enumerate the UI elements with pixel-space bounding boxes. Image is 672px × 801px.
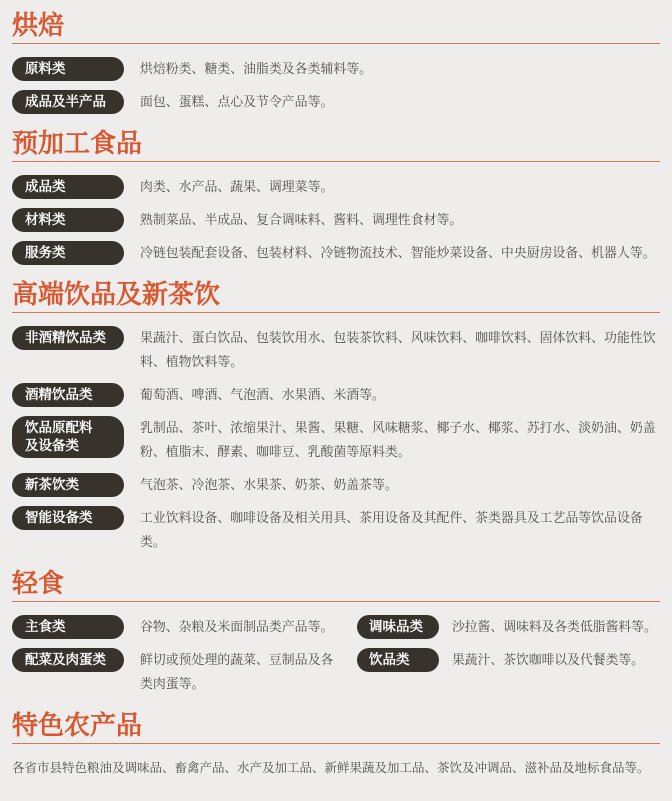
category-items-text: 谷物、杂粮及米面制品类产品等。 <box>140 615 336 639</box>
category-row: 饮品原配料 及设备类 乳制品、茶叶、浓缩果汁、果酱、果糖、风味糖浆、椰子水、椰浆… <box>12 416 660 464</box>
category-row: 调味品类 沙拉酱、调味料及各类低脂酱料等。 <box>357 615 660 639</box>
category-row: 材料类 熟制菜品、半成品、复合调味料、酱料、调理性食材等。 <box>12 208 660 232</box>
category-items-text: 烘焙粉类、糖类、油脂类及各类辅料等。 <box>140 57 660 81</box>
category-items-text: 熟制菜品、半成品、复合调味料、酱料、调理性食材等。 <box>140 208 660 232</box>
category-badge: 主食类 <box>12 615 124 639</box>
category-badge: 原料类 <box>12 57 124 81</box>
section-title-light-food: 轻食 <box>12 568 660 598</box>
category-row: 成品类 肉类、水产品、蔬果、调理菜等。 <box>12 175 660 199</box>
light-food-column-right: 调味品类 沙拉酱、调味料及各类低脂酱料等。 饮品类 果蔬汁、茶饮咖啡以及代餐类等… <box>346 615 660 696</box>
food-category-brochure-page: 烘焙 原料类 烘焙粉类、糖类、油脂类及各类辅料等。 成品及半产品 面包、蛋糕、点… <box>0 0 672 801</box>
section-preprocessed-food: 预加工食品 成品类 肉类、水产品、蔬果、调理菜等。 材料类 熟制菜品、半成品、复… <box>12 128 660 265</box>
agricultural-products-text: 各省市县特色粮油及调味品、畜禽产品、水产及加工品、新鲜果蔬及加工品、茶饮及冲调品… <box>12 757 660 779</box>
category-items-text: 乳制品、茶叶、浓缩果汁、果酱、果糖、风味糖浆、椰子水、椰浆、苏打水、淡奶油、奶盖… <box>140 416 660 464</box>
category-row: 服务类 冷链包装配套设备、包装材料、冷链物流技术、智能炒菜设备、中央厨房设备、机… <box>12 241 660 265</box>
category-items-text: 沙拉酱、调味料及各类低脂酱料等。 <box>452 615 660 639</box>
category-row: 酒精饮品类 葡萄酒、啤酒、气泡酒、水果酒、米酒等。 <box>12 383 660 407</box>
section-title-preprocessed: 预加工食品 <box>12 128 660 158</box>
section-divider <box>12 312 660 313</box>
category-row: 新茶饮类 气泡茶、冷泡茶、水果茶、奶茶、奶盖茶等。 <box>12 473 660 497</box>
category-badge: 新茶饮类 <box>12 473 124 497</box>
section-divider <box>12 43 660 44</box>
category-items-text: 鲜切或预处理的蔬菜、豆制品及各类肉蛋等。 <box>140 648 336 696</box>
section-divider <box>12 743 660 744</box>
category-items-text: 果蔬汁、蛋白饮品、包装饮用水、包装茶饮料、风味饮料、咖啡饮料、固体饮料、功能性饮… <box>140 326 660 374</box>
section-title-baking: 烘焙 <box>12 10 660 40</box>
category-badge: 成品类 <box>12 175 124 199</box>
section-title-premium-drinks: 高端饮品及新茶饮 <box>12 279 660 309</box>
category-badge: 材料类 <box>12 208 124 232</box>
category-row: 原料类 烘焙粉类、糖类、油脂类及各类辅料等。 <box>12 57 660 81</box>
category-row: 智能设备类 工业饮料设备、咖啡设备及相关用具、茶用设备及其配件、茶类器具及工艺品… <box>12 506 660 554</box>
category-badge: 服务类 <box>12 241 124 265</box>
category-items-text: 果蔬汁、茶饮咖啡以及代餐类等。 <box>452 648 660 672</box>
category-items-text: 面包、蛋糕、点心及节令产品等。 <box>140 90 660 114</box>
section-premium-drinks-new-tea: 高端饮品及新茶饮 非酒精饮品类 果蔬汁、蛋白饮品、包装饮用水、包装茶饮料、风味饮… <box>12 279 660 554</box>
category-badge: 配菜及肉蛋类 <box>12 648 124 672</box>
category-badge: 智能设备类 <box>12 506 124 530</box>
category-items-text: 葡萄酒、啤酒、气泡酒、水果酒、米酒等。 <box>140 383 660 407</box>
category-badge: 成品及半产品 <box>12 90 124 114</box>
category-items-text: 冷链包装配套设备、包装材料、冷链物流技术、智能炒菜设备、中央厨房设备、机器人等。 <box>140 241 660 265</box>
category-items-text: 肉类、水产品、蔬果、调理菜等。 <box>140 175 660 199</box>
light-food-columns: 主食类 谷物、杂粮及米面制品类产品等。 配菜及肉蛋类 鲜切或预处理的蔬菜、豆制品… <box>12 615 660 696</box>
category-row: 配菜及肉蛋类 鲜切或预处理的蔬菜、豆制品及各类肉蛋等。 <box>12 648 346 696</box>
section-light-food: 轻食 主食类 谷物、杂粮及米面制品类产品等。 配菜及肉蛋类 鲜切或预处理的蔬菜、… <box>12 568 660 696</box>
section-divider <box>12 601 660 602</box>
category-badge: 饮品原配料 及设备类 <box>12 416 124 458</box>
section-special-agricultural-products: 特色农产品 各省市县特色粮油及调味品、畜禽产品、水产及加工品、新鲜果蔬及加工品、… <box>12 710 660 779</box>
category-row: 饮品类 果蔬汁、茶饮咖啡以及代餐类等。 <box>357 648 660 672</box>
category-badge: 调味品类 <box>357 615 439 639</box>
category-row: 成品及半产品 面包、蛋糕、点心及节令产品等。 <box>12 90 660 114</box>
category-badge: 非酒精饮品类 <box>12 326 124 350</box>
category-badge: 饮品类 <box>357 648 439 672</box>
light-food-column-left: 主食类 谷物、杂粮及米面制品类产品等。 配菜及肉蛋类 鲜切或预处理的蔬菜、豆制品… <box>12 615 346 696</box>
category-items-text: 工业饮料设备、咖啡设备及相关用具、茶用设备及其配件、茶类器具及工艺品等饮品设备类… <box>140 506 660 554</box>
category-row: 非酒精饮品类 果蔬汁、蛋白饮品、包装饮用水、包装茶饮料、风味饮料、咖啡饮料、固体… <box>12 326 660 374</box>
category-badge: 酒精饮品类 <box>12 383 124 407</box>
category-items-text: 气泡茶、冷泡茶、水果茶、奶茶、奶盖茶等。 <box>140 473 660 497</box>
section-baking: 烘焙 原料类 烘焙粉类、糖类、油脂类及各类辅料等。 成品及半产品 面包、蛋糕、点… <box>12 10 660 114</box>
section-title-agricultural: 特色农产品 <box>12 710 660 740</box>
section-divider <box>12 161 660 162</box>
category-row: 主食类 谷物、杂粮及米面制品类产品等。 <box>12 615 346 639</box>
